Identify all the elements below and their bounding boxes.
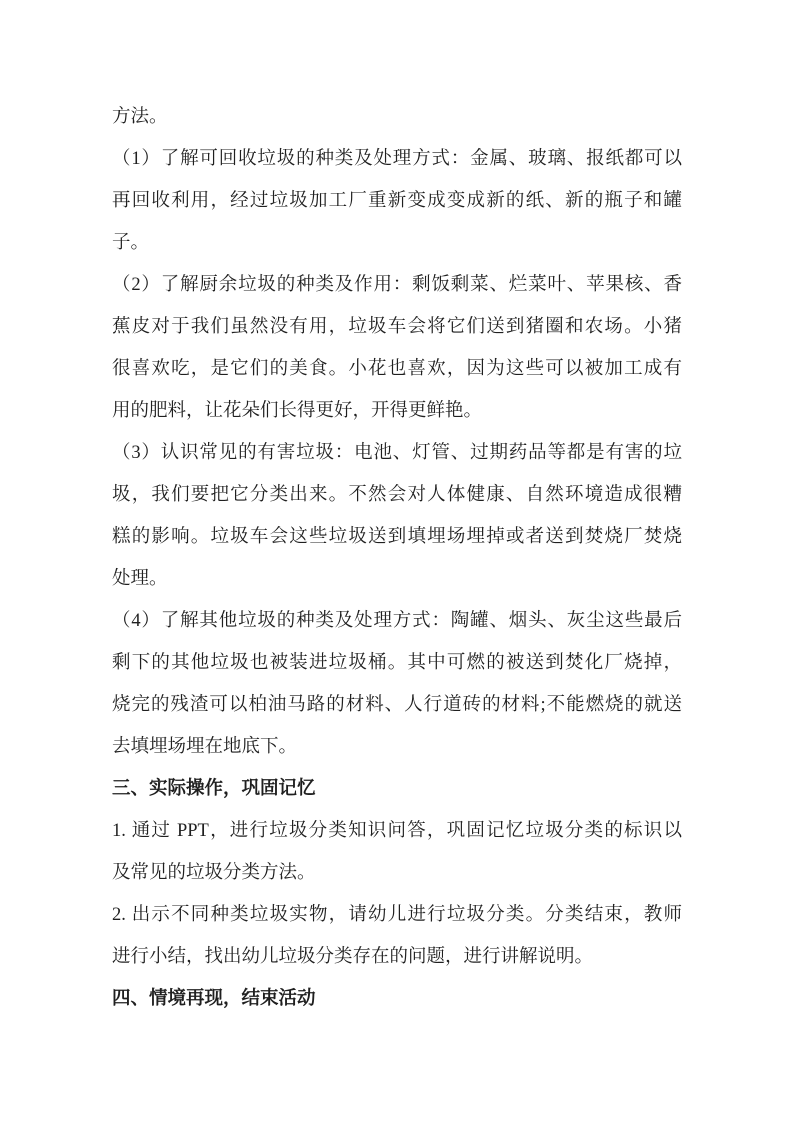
- text-line: 子。: [112, 222, 682, 264]
- section-heading: 三、实际操作，巩固记忆: [112, 768, 682, 810]
- text-line: 2. 出示不同种类垃圾实物，请幼儿进行垃圾分类。分类结束，教师: [112, 894, 682, 936]
- body-paragraph: 2. 出示不同种类垃圾实物，请幼儿进行垃圾分类。分类结束，教师进行小结，找出幼儿…: [112, 894, 682, 978]
- section-heading: 四、情境再现，结束活动: [112, 978, 682, 1020]
- text-line: 1. 通过 PPT，进行垃圾分类知识问答，巩固记忆垃圾分类的标识以: [112, 810, 682, 852]
- text-line: 剩下的其他垃圾也被装进垃圾桶。其中可燃的被送到焚化厂烧掉，: [112, 642, 682, 684]
- document-body: 方法。（1）了解可回收垃圾的种类及处理方式：金属、玻璃、报纸都可以再回收利用，经…: [112, 96, 682, 1020]
- body-paragraph: （4）了解其他垃圾的种类及处理方式：陶罐、烟头、灰尘这些最后剩下的其他垃圾也被装…: [112, 600, 682, 768]
- text-line: （3）认识常见的有害垃圾：电池、灯管、过期药品等都是有害的垃: [112, 432, 682, 474]
- text-line: 用的肥料，让花朵们长得更好，开得更鲜艳。: [112, 390, 682, 432]
- text-line: （1）了解可回收垃圾的种类及处理方式：金属、玻璃、报纸都可以: [112, 138, 682, 180]
- text-line: 处理。: [112, 558, 682, 600]
- text-line: 及常见的垃圾分类方法。: [112, 852, 682, 894]
- body-paragraph: 1. 通过 PPT，进行垃圾分类知识问答，巩固记忆垃圾分类的标识以及常见的垃圾分…: [112, 810, 682, 894]
- text-line: 圾，我们要把它分类出来。不然会对人体健康、自然环境造成很糟: [112, 474, 682, 516]
- text-line: （2）了解厨余垃圾的种类及作用：剩饭剩菜、烂菜叶、苹果核、香: [112, 264, 682, 306]
- text-line: 很喜欢吃，是它们的美食。小花也喜欢，因为这些可以被加工成有: [112, 348, 682, 390]
- body-paragraph: 方法。: [112, 96, 682, 138]
- text-line: 再回收利用，经过垃圾加工厂重新变成变成新的纸、新的瓶子和罐: [112, 180, 682, 222]
- text-line: 四、情境再现，结束活动: [112, 978, 682, 1020]
- text-line: 进行小结，找出幼儿垃圾分类存在的问题，进行讲解说明。: [112, 936, 682, 978]
- text-line: （4）了解其他垃圾的种类及处理方式：陶罐、烟头、灰尘这些最后: [112, 600, 682, 642]
- body-paragraph: （2）了解厨余垃圾的种类及作用：剩饭剩菜、烂菜叶、苹果核、香蕉皮对于我们虽然没有…: [112, 264, 682, 432]
- text-line: 三、实际操作，巩固记忆: [112, 768, 682, 810]
- text-line: 去填埋场埋在地底下。: [112, 726, 682, 768]
- document-page: 方法。（1）了解可回收垃圾的种类及处理方式：金属、玻璃、报纸都可以再回收利用，经…: [0, 0, 794, 1123]
- text-line: 烧完的残渣可以柏油马路的材料、人行道砖的材料;不能燃烧的就送: [112, 684, 682, 726]
- body-paragraph: （3）认识常见的有害垃圾：电池、灯管、过期药品等都是有害的垃圾，我们要把它分类出…: [112, 432, 682, 600]
- text-line: 蕉皮对于我们虽然没有用，垃圾车会将它们送到猪圈和农场。小猪: [112, 306, 682, 348]
- text-line: 方法。: [112, 96, 682, 138]
- text-line: 糕的影响。垃圾车会这些垃圾送到填埋场埋掉或者送到焚烧厂焚烧: [112, 516, 682, 558]
- body-paragraph: （1）了解可回收垃圾的种类及处理方式：金属、玻璃、报纸都可以再回收利用，经过垃圾…: [112, 138, 682, 264]
